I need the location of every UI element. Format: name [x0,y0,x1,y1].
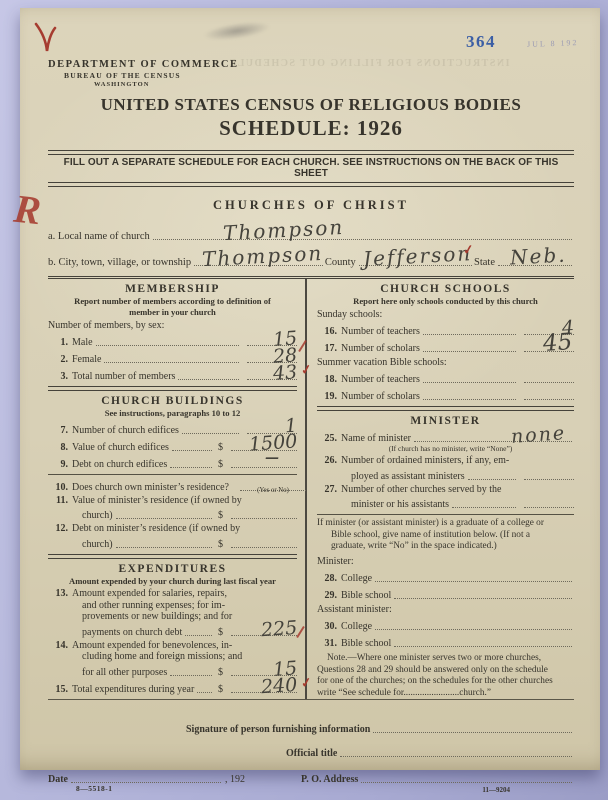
dotted-leader [170,669,212,676]
item-answer-line: 28.College [317,569,574,584]
dotted-leader [423,345,516,352]
answer-blank: (Yes or No) [240,484,306,491]
item-line: 11.Value of minister’s residence (if own… [48,495,297,507]
dotted-leader: none [414,435,572,442]
form-code-right: 11—9204 [482,786,510,794]
item-label: Number of teachers [341,374,420,385]
group-label: Minister: [317,556,574,567]
item-answer-line: 31.Bible school [317,634,574,649]
pencil-smudge [197,15,277,48]
item-number: 10. [48,482,72,493]
dotted-leader [375,575,572,582]
dollar-sign: $ [218,539,223,550]
item-number: 26. [317,455,341,467]
item-answer-line: church)$ [48,535,297,550]
handwritten-value: 45 [542,334,572,353]
answer-blank: 225 [231,629,297,636]
photo-backdrop: INSTRUCTIONS FOR FILLING OUT SCHEDULE 36… [0,0,608,800]
item-label: Amount expended for salaries, repairs, [72,588,227,600]
item-label: church) [82,510,113,521]
form-item: 9.Debt on church edifices$— [48,455,297,470]
item-number: 30. [317,621,341,632]
form-item: 30.College [317,617,574,632]
item-number: 8. [48,442,72,453]
item-answer-line: 30.College [317,617,574,632]
item-label: Number of scholars [341,391,420,402]
item-label: Number of other churches served by the [341,484,502,496]
serial-number: 364 [466,32,496,52]
item-number: 13. [48,588,72,600]
item-line: 13.Amount expended for salaries, repairs… [48,588,297,600]
form-item: 27.Number of other churches served by th… [317,484,574,511]
form-item: 29.Bible school [317,586,574,601]
item-label: Does church own minister’s residence? [72,482,229,493]
form-item: 14.Amount expended for benevolences, in-… [48,640,297,678]
banner-text: FILL OUT A SEPARATE SCHEDULE FOR EACH CH… [48,155,574,182]
paragraph-line: If minister (or assistant minister) is a… [317,518,574,530]
group-label: Sunday schools: [317,309,574,320]
answer-blank [231,541,297,548]
county-handwriting: Jefferson [362,241,472,271]
date-address-row: Date , 192 P. O. Address 8—5518-1 11—920… [48,770,574,785]
form-subtitle: SCHEDULE: 1926 [48,116,574,141]
date-label: Date [48,774,68,785]
form-item: 31.Bible school [317,634,574,649]
item-answer-line: 25.Name of ministernone [317,429,574,444]
answer-blank: — [231,461,297,468]
answer-blank [524,473,574,480]
item-number: 25. [317,433,341,444]
section-heading: CHURCH SCHOOLS [317,283,574,295]
county-blank: Jefferson ✓ [359,259,472,266]
item-line: 12.Debt on minister’s residence (if owne… [48,523,297,535]
signature-label: Signature of person furnishing informati… [186,724,370,735]
dotted-leader [394,640,572,647]
dotted-leader [104,356,239,363]
item-label: Debt on minister’s residence (if owned b… [72,523,240,535]
section-divider [48,386,297,391]
po-address-label: P. O. Address [301,774,358,785]
city-label: b. City, town, village, or township [48,257,191,268]
form-item: 2.Female28 [48,350,297,365]
item-number: 14. [48,640,72,652]
census-schedule-sheet: INSTRUCTIONS FOR FILLING OUT SCHEDULE 36… [20,8,600,770]
official-title-row: Official title [48,744,574,759]
group-label: Assistant minister: [317,604,574,615]
paragraph-line: Bible school, give name of institution b… [317,530,574,542]
item-number: 27. [317,484,341,496]
form-item: 13.Amount expended for salaries, repairs… [48,588,297,638]
red-checkmark-top-left-icon [32,20,58,61]
item-line: 14.Amount expended for benevolences, in- [48,640,297,652]
item-number: 12. [48,523,72,535]
official-title-label: Official title [286,748,337,759]
item-label: College [341,621,372,632]
item-number: 16. [317,326,341,337]
dotted-leader [452,501,516,508]
item-answer-line: 18.Number of teachers [317,370,574,385]
item-label: Amount expended for benevolences, in- [72,640,232,652]
item-answer-line: church)$ [48,506,297,521]
local-name-row: a. Local name of church Thompson [48,226,574,242]
group-label: Summer vacation Bible schools: [317,357,574,368]
item-answer-line: 2.Female28 [48,350,297,365]
section-subheading: Amount expended by your church during la… [48,576,297,586]
paragraph-line: Note.—Where one minister serves two or m… [317,653,574,665]
dotted-leader [185,629,212,636]
form-item: 3.Total number of members43✓ [48,367,297,382]
form-item: 26.Number of ordained ministers, if any,… [317,455,574,482]
item-label: for all other purposes [82,667,167,678]
section-heading: MEMBERSHIP [48,283,297,295]
item-number: 1. [48,337,72,348]
answer-blank: 45 [524,345,574,352]
dollar-sign: $ [218,442,223,453]
section-subheading: Report number of members according to de… [48,296,297,306]
item-label: Female [72,354,101,365]
right-column: CHURCH SCHOOLSReport here only schools c… [305,279,574,700]
dept-line1: DEPARTMENT OF COMMERCE [48,58,574,71]
item-number: 9. [48,459,72,470]
item-label: Value of church edifices [72,442,169,453]
city-blank: Thompson [194,259,323,266]
item-answer-line: 9.Debt on church edifices$— [48,455,297,470]
paragraph-line: Questions 28 and 29 should be answered o… [317,665,574,677]
dollar-sign: $ [218,684,223,695]
local-name-blank: Thompson [153,233,572,240]
item-number: 18. [317,374,341,385]
item-line: cluding home and foreign missions; and [48,651,297,663]
city-handwriting: Thompson [202,240,324,270]
item-answer-line: 29.Bible school [317,586,574,601]
item-label: and other running expenses; for im- [82,600,225,612]
dept-line2: BUREAU OF THE CENSUS [48,71,574,80]
paragraph-line: for one of the churches; on the schedule… [317,676,574,688]
dotted-leader [423,328,516,335]
form-item: 15.Total expenditures during year$240✓ [48,680,297,695]
item-number: 11. [48,495,72,507]
county-label: County [325,257,356,268]
date-stamp: JUL 8 192 [526,38,578,49]
item-label: Male [72,337,93,348]
paragraph-line: write “See schedule for.................… [317,688,574,700]
item-answer-line: 19.Number of scholars [317,387,574,402]
signature-footer: Signature of person furnishing informati… [48,720,574,785]
form-item: 1.Male15 [48,333,297,348]
section-divider [317,514,574,515]
item-number: 19. [317,391,341,402]
section-subheading: member in your church [48,307,297,317]
dotted-leader [96,339,239,346]
item-label: Number of ordained ministers, if any, em… [341,455,509,467]
paragraph: Note.—Where one minister serves two or m… [317,653,574,699]
dotted-leader [182,427,239,434]
handwritten-value: — [265,453,279,464]
dotted-leader [375,623,572,630]
item-label: Name of minister [341,433,411,444]
denomination-heading: CHURCHES OF CHRIST [48,198,574,213]
form-item: 25.Name of ministernone [317,429,574,444]
item-number: 28. [317,573,341,584]
handwritten-value: 43 [272,365,297,381]
item-number: 2. [48,354,72,365]
item-label: College [341,573,372,584]
local-name-label: a. Local name of church [48,231,150,242]
item-number: 31. [317,638,341,649]
handwritten-value: 225 [260,620,297,637]
item-number: 3. [48,371,72,382]
item-number: 17. [317,343,341,354]
item-number: 7. [48,425,72,436]
paragraph: If minister (or assistant minister) is a… [317,518,574,553]
red-check-icon: ✓ [462,241,475,258]
item-label: provements or new buildings; and for [82,611,232,623]
section-heading: CHURCH BUILDINGS [48,395,297,407]
dotted-leader [468,473,516,480]
item-answer-line: ployed as assistant ministers [317,467,574,482]
form-item: 28.College [317,569,574,584]
po-address-blank [361,776,572,783]
item-answer-line: 15.Total expenditures during year$240✓ [48,680,297,695]
item-label: Total number of members [72,371,175,382]
dotted-leader [116,541,212,548]
item-label: cluding home and foreign missions; and [82,651,242,663]
year-prefix: , 192 [225,774,245,785]
dollar-sign: $ [218,459,223,470]
dollar-sign: $ [218,667,223,678]
dotted-leader [172,444,212,451]
section-divider [317,406,574,411]
inner-rule [48,474,297,475]
dotted-leader [423,376,516,383]
item-label: Number of scholars [341,343,420,354]
handwritten-value: none [510,426,566,444]
item-label: Bible school [341,590,391,601]
dotted-leader [170,461,212,468]
form-code-left: 8—5518-1 [76,784,113,793]
form-item: 17.Number of scholars45 [317,339,574,354]
official-title-blank [340,750,572,757]
form-item: 16.Number of teachers4 [317,322,574,337]
item-label: Total expenditures during year [72,684,194,695]
item-label: Number of teachers [341,326,420,337]
group-label: Number of members, by sex: [48,320,297,331]
item-answer-line: 8.Value of church edifices$1500 [48,438,297,453]
state-label: State [474,257,495,268]
local-name-handwriting: Thompson [222,214,344,244]
left-column: MEMBERSHIPReport number of members accor… [48,279,305,700]
answer-blank [231,512,297,519]
dotted-leader [178,373,239,380]
state-handwriting: Neb. [509,242,567,269]
state-blank: Neb. [498,259,572,266]
answer-blank: 43✓ [247,373,297,380]
dotted-leader [423,393,516,400]
signature-blank [373,726,572,733]
item-answer-line: 1.Male15 [48,333,297,348]
date-blank [71,776,221,783]
answer-blank [524,501,574,508]
form-title: UNITED STATES CENSUS OF RELIGIOUS BODIES [48,95,574,115]
form-item: 10.Does church own minister’s residence?… [48,478,297,493]
dotted-leader [394,592,572,599]
answer-blank [524,393,574,400]
paragraph-line: graduate, write “No” in the space indica… [317,541,574,553]
item-label: Number of church edifices [72,425,179,436]
instruction-banner: FILL OUT A SEPARATE SCHEDULE FOR EACH CH… [48,150,574,187]
city-county-state-row: b. City, town, village, or township Thom… [48,251,574,268]
form-item: 19.Number of scholars [317,387,574,402]
item-label: church) [82,539,113,550]
item-label: minister or his assistants [351,499,449,510]
section-heading: EXPENDITURES [48,563,297,575]
item-label: Debt on church edifices [72,459,167,470]
section-divider [48,554,297,559]
form-item: 8.Value of church edifices$1500 [48,438,297,453]
item-label: ployed as assistant ministers [351,471,465,482]
dollar-sign: $ [218,627,223,638]
form-item: 11.Value of minister’s residence (if own… [48,495,297,522]
item-answer-line: 16.Number of teachers4 [317,322,574,337]
item-label: Bible school [341,638,391,649]
item-answer-line: payments on church debt$225 [48,623,297,638]
handwritten-value: 240 [260,678,297,695]
form-item: 18.Number of teachers [317,370,574,385]
dotted-leader [116,512,212,519]
dotted-leader [197,686,212,693]
item-line: and other running expenses; for im- [48,600,297,612]
item-answer-line: 3.Total number of members43✓ [48,367,297,382]
item-label: payments on church debt [82,627,182,638]
item-number: 15. [48,684,72,695]
answer-caption: (Yes or No) [240,487,306,494]
item-answer-line: minister or his assistants [317,495,574,510]
item-line: 27.Number of other churches served by th… [317,484,574,496]
item-answer-line: 10.Does church own minister’s residence?… [48,478,297,493]
item-answer-line: 17.Number of scholars45 [317,339,574,354]
agency-block: DEPARTMENT OF COMMERCE BUREAU OF THE CEN… [48,58,574,89]
signature-row: Signature of person furnishing informati… [48,720,574,735]
item-number: 29. [317,590,341,601]
answer-blank: 1500 [231,444,297,451]
dollar-sign: $ [218,510,223,521]
section-subheading: Report here only schools conducted by th… [317,296,574,306]
answer-blank [524,376,574,383]
dept-line3: WASHINGTON [48,81,574,89]
answer-blank: 240✓ [231,686,297,693]
section-subheading: See instructions, paragraphs 10 to 12 [48,408,297,418]
item-line: 26.Number of ordained ministers, if any,… [317,455,574,467]
two-column-form-body: MEMBERSHIPReport number of members accor… [48,276,574,701]
rule [48,182,574,187]
form-item: 12.Debt on minister’s residence (if owne… [48,523,297,550]
item-label: Value of minister’s residence (if owned … [72,495,242,507]
